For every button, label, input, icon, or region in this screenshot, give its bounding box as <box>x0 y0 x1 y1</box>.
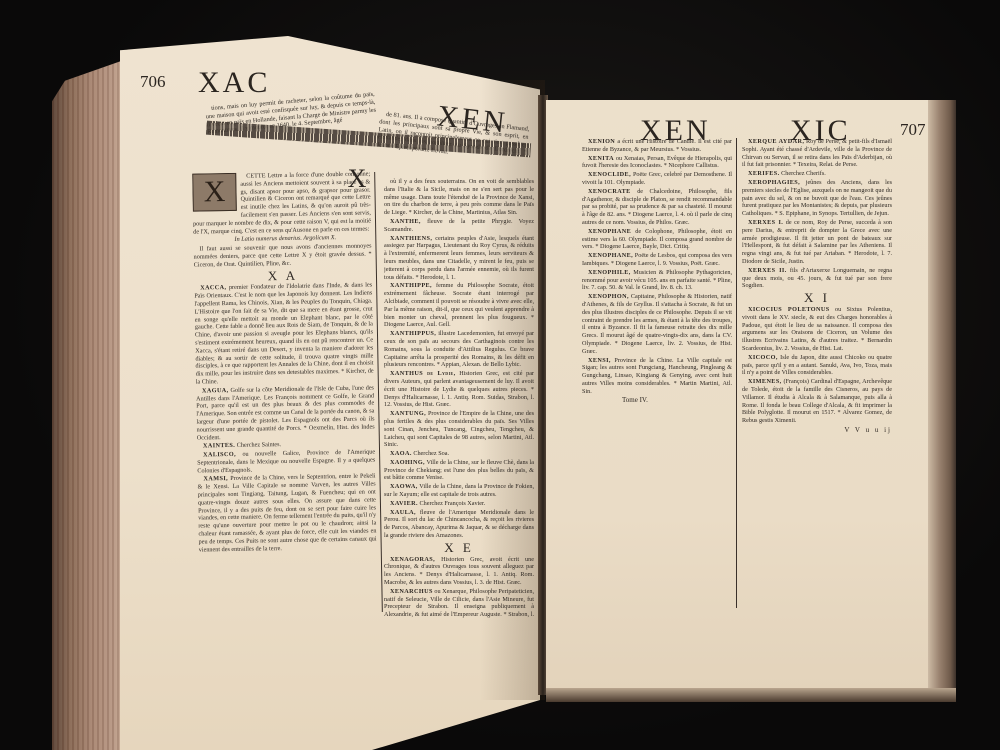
book-bottom-edge <box>546 688 956 702</box>
decorated-initial-x: X <box>192 173 237 212</box>
left-page-column-1: X CETTE Lettre a la force d'une double c… <box>192 170 378 613</box>
book-fore-edge-left <box>52 60 124 750</box>
subsection-xe: X E <box>384 544 534 552</box>
printer-signature: V V u u ij <box>742 427 892 435</box>
column-rule <box>736 138 737 608</box>
book-fore-edge-right <box>928 100 956 700</box>
entry: XALISCO, ou nouvelle Galice, Province de… <box>197 449 375 475</box>
left-page-number: 706 <box>140 72 166 92</box>
subsection-xi: X I <box>742 294 892 302</box>
volume-footer: Tome IV. <box>622 397 732 405</box>
right-page-number: 707 <box>900 120 926 140</box>
subsection-xa: X A <box>194 270 372 281</box>
entry: XAMSI, Province de la Chine, vers le Sep… <box>197 473 376 554</box>
entry: XAGUA, Golfe sur la côte Meridionale de … <box>196 384 375 442</box>
left-running-head-1: XAC <box>198 66 270 100</box>
right-page-column-2: XERQUE AYDAR, Roy de Perse, & petit-fils… <box>742 138 892 678</box>
left-page-column-2: où il y a des feux souterrains. On en vo… <box>384 178 534 618</box>
entry: XACCA, premier Fondateur de l'Idolatrie … <box>194 282 374 386</box>
right-page-column-1: XENION a écrit une Histoire de Candie. I… <box>582 138 732 678</box>
